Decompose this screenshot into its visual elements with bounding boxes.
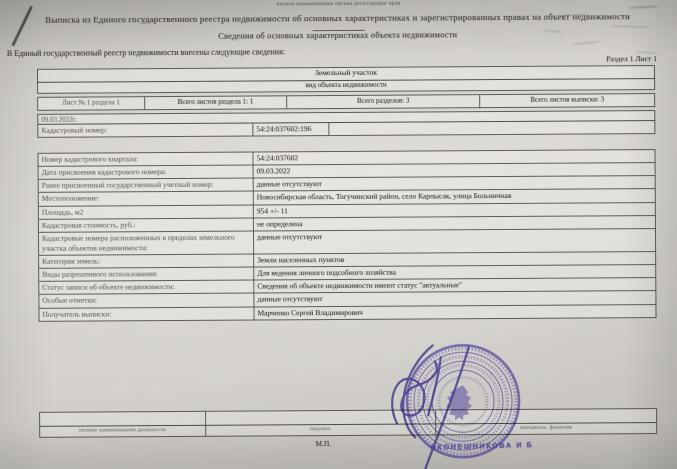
cadastral-number-label: Кадастровый номер: (38, 124, 253, 137)
pencil-mark (573, 41, 599, 45)
empty-cell (40, 412, 206, 426)
signature-table: полное наименование должности подпись ин… (39, 408, 657, 438)
pencil-mark (629, 6, 659, 9)
sheet-cell: Всего листов выписки: 3 (480, 94, 654, 107)
intro-line: В Единый государственный реестр недвижим… (7, 47, 285, 58)
form-caption: полное наименование органа регистрации п… (119, 0, 559, 8)
document-content: полное наименование органа регистрации п… (0, 0, 677, 469)
empty-cell (329, 121, 654, 135)
attributes-table: Номер кадастрового квартала: 54:24:03760… (37, 149, 656, 321)
seal-place-mark: М.П. (301, 439, 345, 448)
sheet-cells-row: Лист № 1 раздела 1 Всего листов раздела … (37, 93, 655, 111)
cadastral-number-row: Кадастровый номер: 54:24:037602:196 (37, 120, 655, 138)
sheet-cell: Лист № 1 раздела 1 (38, 97, 145, 110)
position-caption: полное наименование должности (40, 426, 206, 437)
scanned-document-page: полное наименование органа регистрации п… (0, 0, 677, 469)
sheet-cell: Всего листов раздела 1: 1 (145, 96, 287, 109)
table-row: Получатель выписки: Марченко Сергей Влад… (38, 305, 656, 322)
cadastral-number-value: 54:24:037602:196 (253, 123, 329, 135)
object-type-caption-box: вид объекта недвижимости (37, 78, 655, 94)
section-sheet-label: Раздел 1 Лист 1 (499, 54, 657, 64)
sheet-cell: Всего разделов: 3 (287, 95, 480, 108)
